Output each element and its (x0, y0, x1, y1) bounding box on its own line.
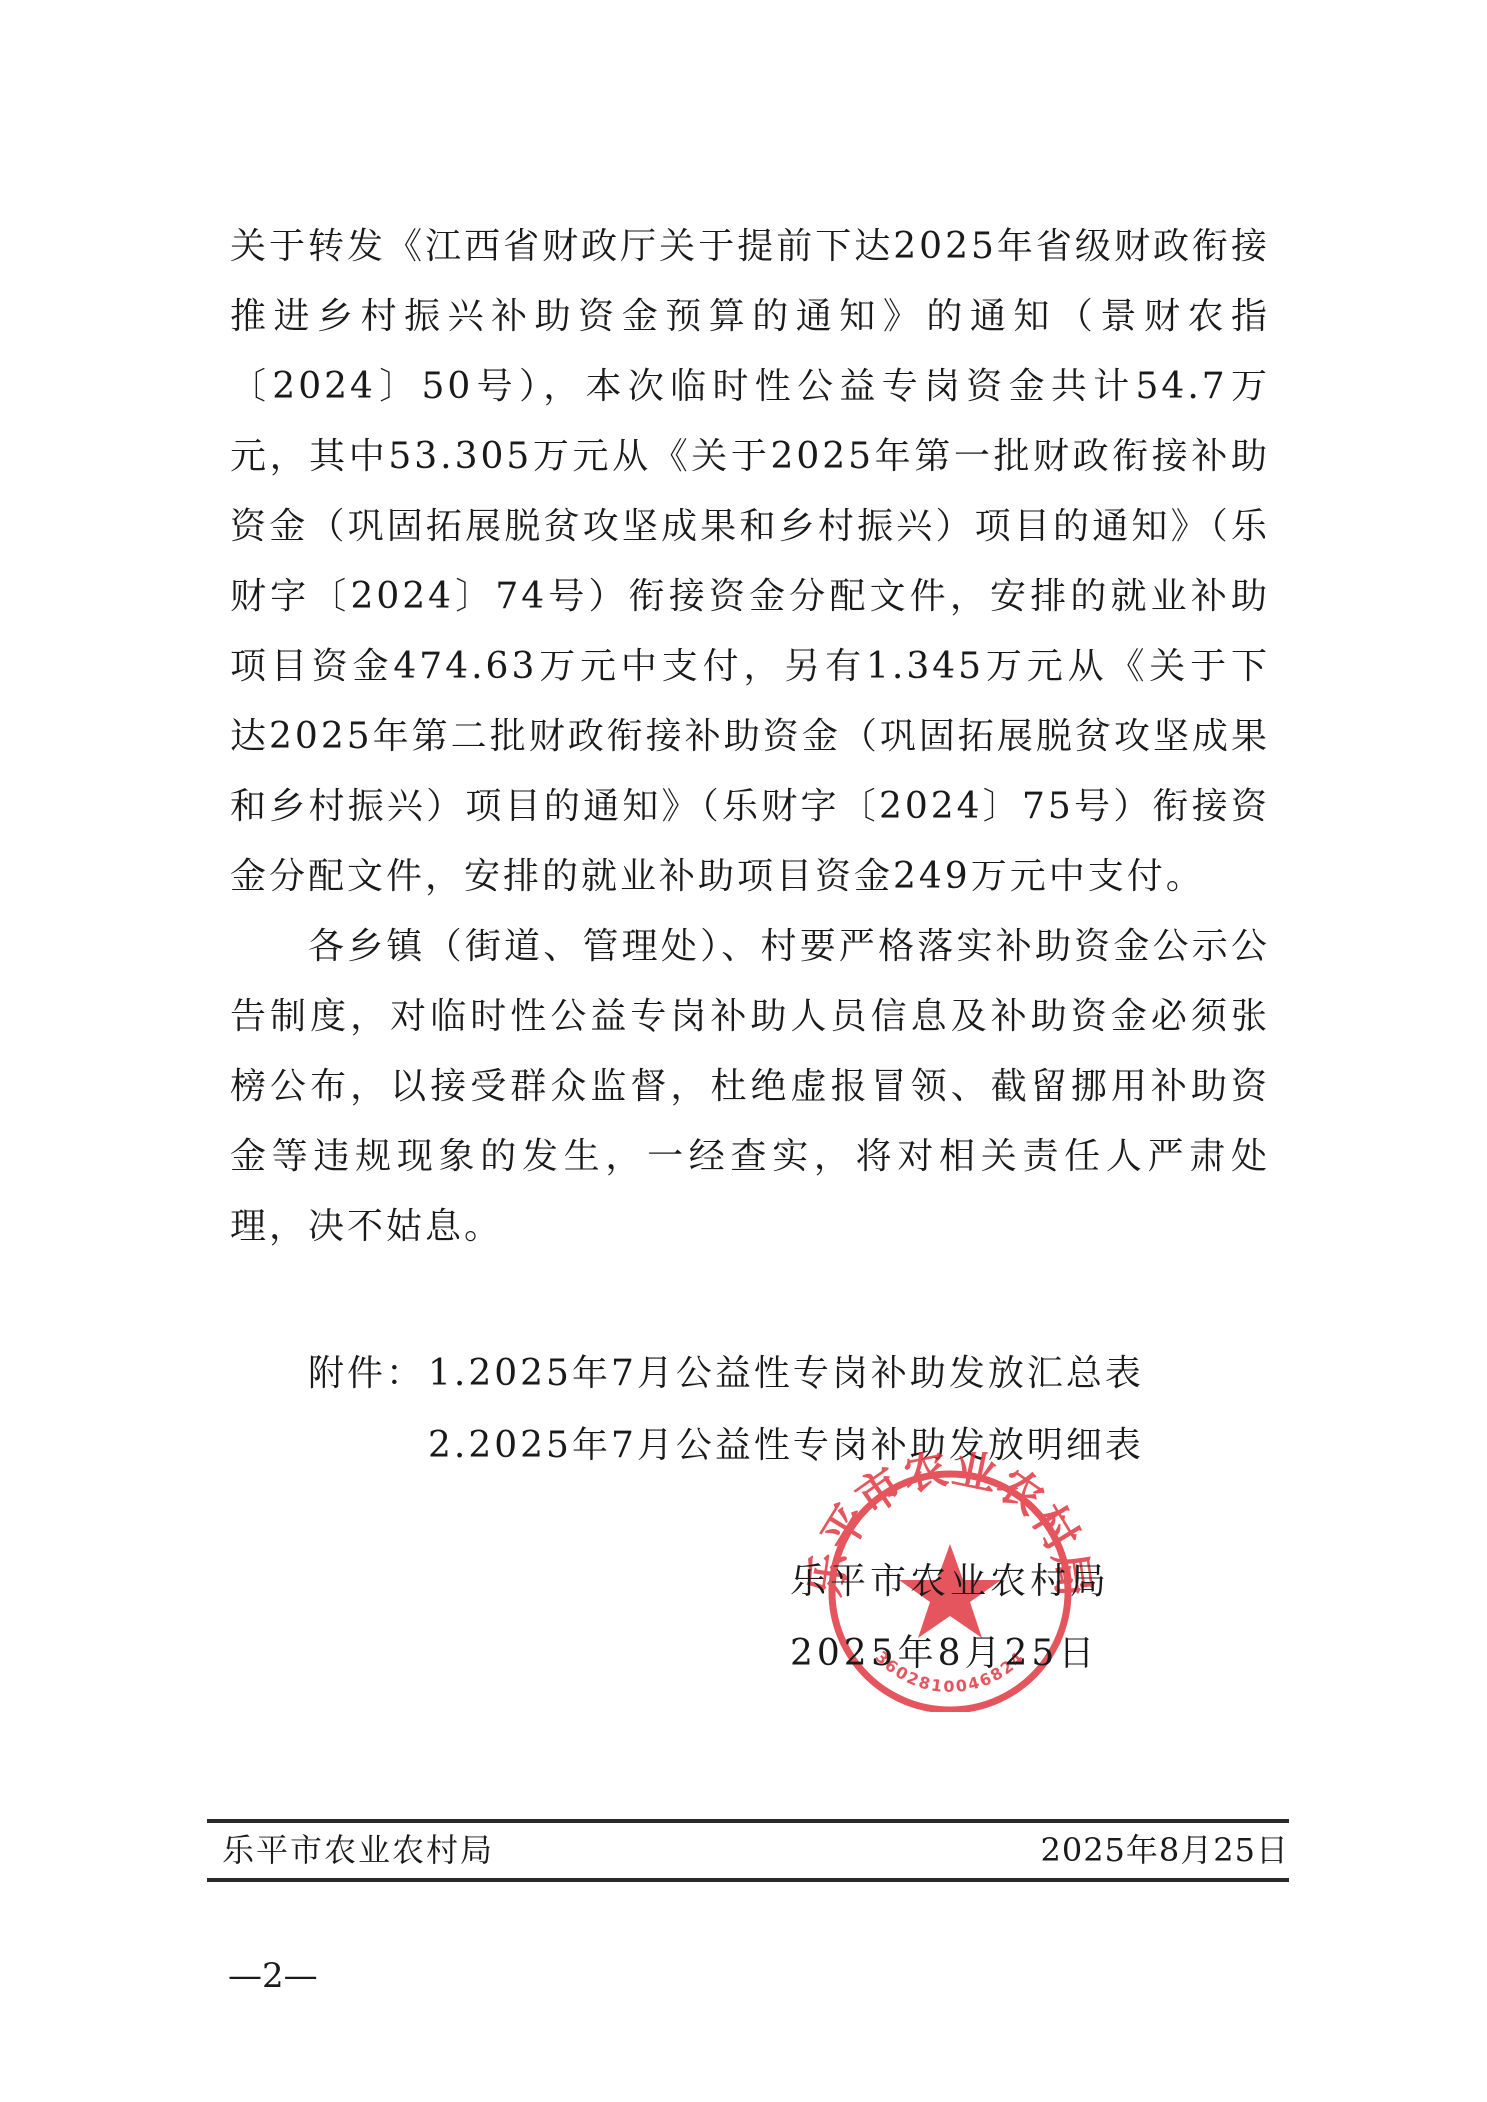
attachments-label: 附件： (308, 1338, 428, 1410)
page-number: —2— (228, 1952, 318, 2000)
signature-block: 乐平市农业农村局 2025年8月25日 (790, 1546, 1110, 1690)
paragraph-publicity-requirement: 各乡镇（街道、管理处）、村要严格落实补助资金公示公告制度，对临时性公益专岗补助人… (230, 912, 1270, 1262)
footer-rule-top (207, 1819, 1289, 1823)
footer-date: 2025年8月25日 (1040, 1826, 1289, 1874)
attachment-row-1: 附件：1.2025年7月公益性专岗补助发放汇总表 (308, 1338, 1144, 1410)
footer-organization: 乐平市农业农村局 (222, 1826, 494, 1874)
signature-date: 2025年8月25日 (790, 1618, 1110, 1690)
signature-organization: 乐平市农业农村局 (790, 1546, 1110, 1618)
attachment-item-summary-table: 1.2025年7月公益性专岗补助发放汇总表 (428, 1338, 1144, 1410)
paragraph-funding-sources: 关于转发《江西省财政厅关于提前下达2025年省级财政衔接推进乡村振兴补助资金预算… (230, 212, 1270, 912)
footer-rule-bottom (207, 1878, 1289, 1882)
document-body: 关于转发《江西省财政厅关于提前下达2025年省级财政衔接推进乡村振兴补助资金预算… (230, 212, 1270, 1262)
document-page: 关于转发《江西省财政厅关于提前下达2025年省级财政衔接推进乡村振兴补助资金预算… (0, 0, 1487, 2102)
